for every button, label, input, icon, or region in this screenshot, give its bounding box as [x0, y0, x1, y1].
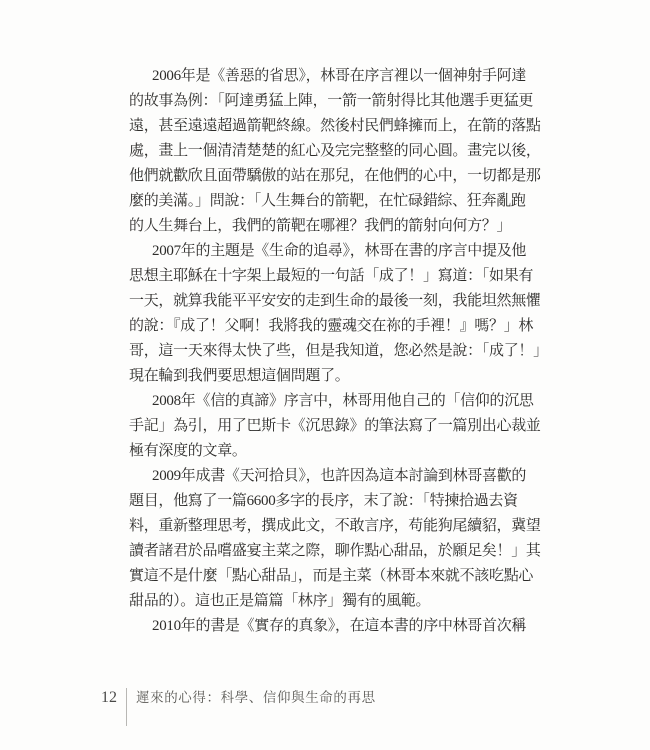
text-line: 2010年的書是《實存的真象》，在這本書的序中林哥首次稱	[129, 614, 547, 639]
text-line: 極有深度的文章。	[129, 439, 547, 464]
book-page: 2006年是《善惡的省思》，林哥在序言裡以一個神射手阿達的故事為例：「阿達勇猛上…	[0, 0, 650, 750]
paragraph: 2009年成書《天河拾貝》，也許因為這本討論到林哥喜歡的題目，他寫了一篇6600…	[129, 464, 547, 614]
text-line: 的說：『成了！父啊！我將我的靈魂交在祢的手裡！』嗎？」林	[129, 314, 547, 339]
footer-divider	[126, 688, 127, 726]
text-line: 實這不是什麼「點心甜品」，而是主菜（林哥本來就不該吃點心	[129, 564, 547, 589]
text-line: 麼的美滿。」問說：「人生舞台的箭靶，在忙碌錯綜、狂奔亂跑	[129, 189, 547, 214]
running-title: 遲來的心得：科學、信仰與生命的再思	[136, 687, 376, 707]
body-text: 2006年是《善惡的省思》，林哥在序言裡以一個神射手阿達的故事為例：「阿達勇猛上…	[129, 64, 547, 639]
text-line: 料，重新整理思考，撰成此文，不敢言序，苟能狗尾續貂，冀望	[129, 514, 547, 539]
text-line: 2008年《信的真諦》序言中，林哥用他自己的「信仰的沉思	[129, 389, 547, 414]
text-line: 思想主耶穌在十字架上最短的一句話「成了！」寫道：「如果有	[129, 264, 547, 289]
text-line: 甜品的）。這也正是篇篇「林序」獨有的風範。	[129, 589, 547, 614]
paragraph: 2008年《信的真諦》序言中，林哥用他自己的「信仰的沉思手記」為引，用了巴斯卡《…	[129, 389, 547, 464]
paragraph: 2007年的主題是《生命的追尋》，林哥在書的序言中提及他思想主耶穌在十字架上最短…	[129, 239, 547, 389]
text-line: 讀者諸君於品嚐盛宴主菜之際，聊作點心甜品，於願足矣！」其	[129, 539, 547, 564]
page-footer: 12 遲來的心得：科學、信仰與生命的再思	[101, 687, 376, 726]
text-line: 的故事為例：「阿達勇猛上陣，一箭一箭射得比其他選手更猛更	[129, 89, 547, 114]
text-line: 現在輪到我們要思想這個問題了。	[129, 364, 547, 389]
text-line: 遠，甚至遠遠超過箭靶終線。然後村民們蜂擁而上，在箭的落點	[129, 114, 547, 139]
text-line: 他們就歡欣且面帶驕傲的站在那兒，在他們的心中，一切都是那	[129, 164, 547, 189]
text-line: 一天，就算我能平平安安的走到生命的最後一刻，我能坦然無懼	[129, 289, 547, 314]
paragraph: 2006年是《善惡的省思》，林哥在序言裡以一個神射手阿達的故事為例：「阿達勇猛上…	[129, 64, 547, 239]
text-line: 哥，這一天來得太快了些，但是我知道，您必然是說：「成了！」	[129, 339, 547, 364]
text-line: 處，畫上一個清清楚楚的紅心及完完整整的同心圓。畫完以後，	[129, 139, 547, 164]
paragraph: 2010年的書是《實存的真象》，在這本書的序中林哥首次稱	[129, 614, 547, 639]
page-number: 12	[101, 687, 117, 708]
text-line: 題目，他寫了一篇6600多字的長序，末了說：「特揀拾過去資	[129, 489, 547, 514]
text-line: 2007年的主題是《生命的追尋》，林哥在書的序言中提及他	[129, 239, 547, 264]
text-line: 2006年是《善惡的省思》，林哥在序言裡以一個神射手阿達	[129, 64, 547, 89]
text-line: 的人生舞台上，我們的箭靶在哪裡？我們的箭射向何方？」	[129, 214, 547, 239]
text-line: 手記」為引，用了巴斯卡《沉思錄》的筆法寫了一篇別出心裁並	[129, 414, 547, 439]
text-line: 2009年成書《天河拾貝》，也許因為這本討論到林哥喜歡的	[129, 464, 547, 489]
